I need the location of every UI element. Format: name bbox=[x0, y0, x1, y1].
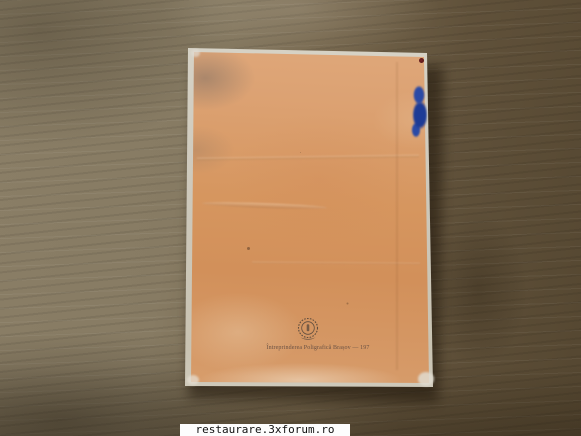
printer-imprint-text: Întreprinderea Poligrafică Brașov — 197 bbox=[252, 345, 384, 351]
booklet-back-cover: Întreprinderea Poligrafică Brașov — 197 bbox=[0, 0, 581, 436]
worn-corner bbox=[191, 49, 200, 57]
blue-ink-stain bbox=[409, 84, 427, 138]
dirt-specks bbox=[247, 247, 250, 250]
photo-frame: Întreprinderea Poligrafică Brașov — 197 … bbox=[0, 0, 581, 436]
watermark-text: restaurare.3xforum.ro bbox=[195, 424, 334, 436]
orange-cover bbox=[0, 0, 581, 436]
red-ink-dot bbox=[419, 58, 424, 63]
printer-stamp-icon bbox=[296, 317, 320, 343]
crease-line bbox=[396, 62, 398, 370]
worn-corner bbox=[187, 375, 199, 385]
watermark-bar: restaurare.3xforum.ro bbox=[180, 424, 350, 436]
worn-corner bbox=[418, 372, 434, 386]
